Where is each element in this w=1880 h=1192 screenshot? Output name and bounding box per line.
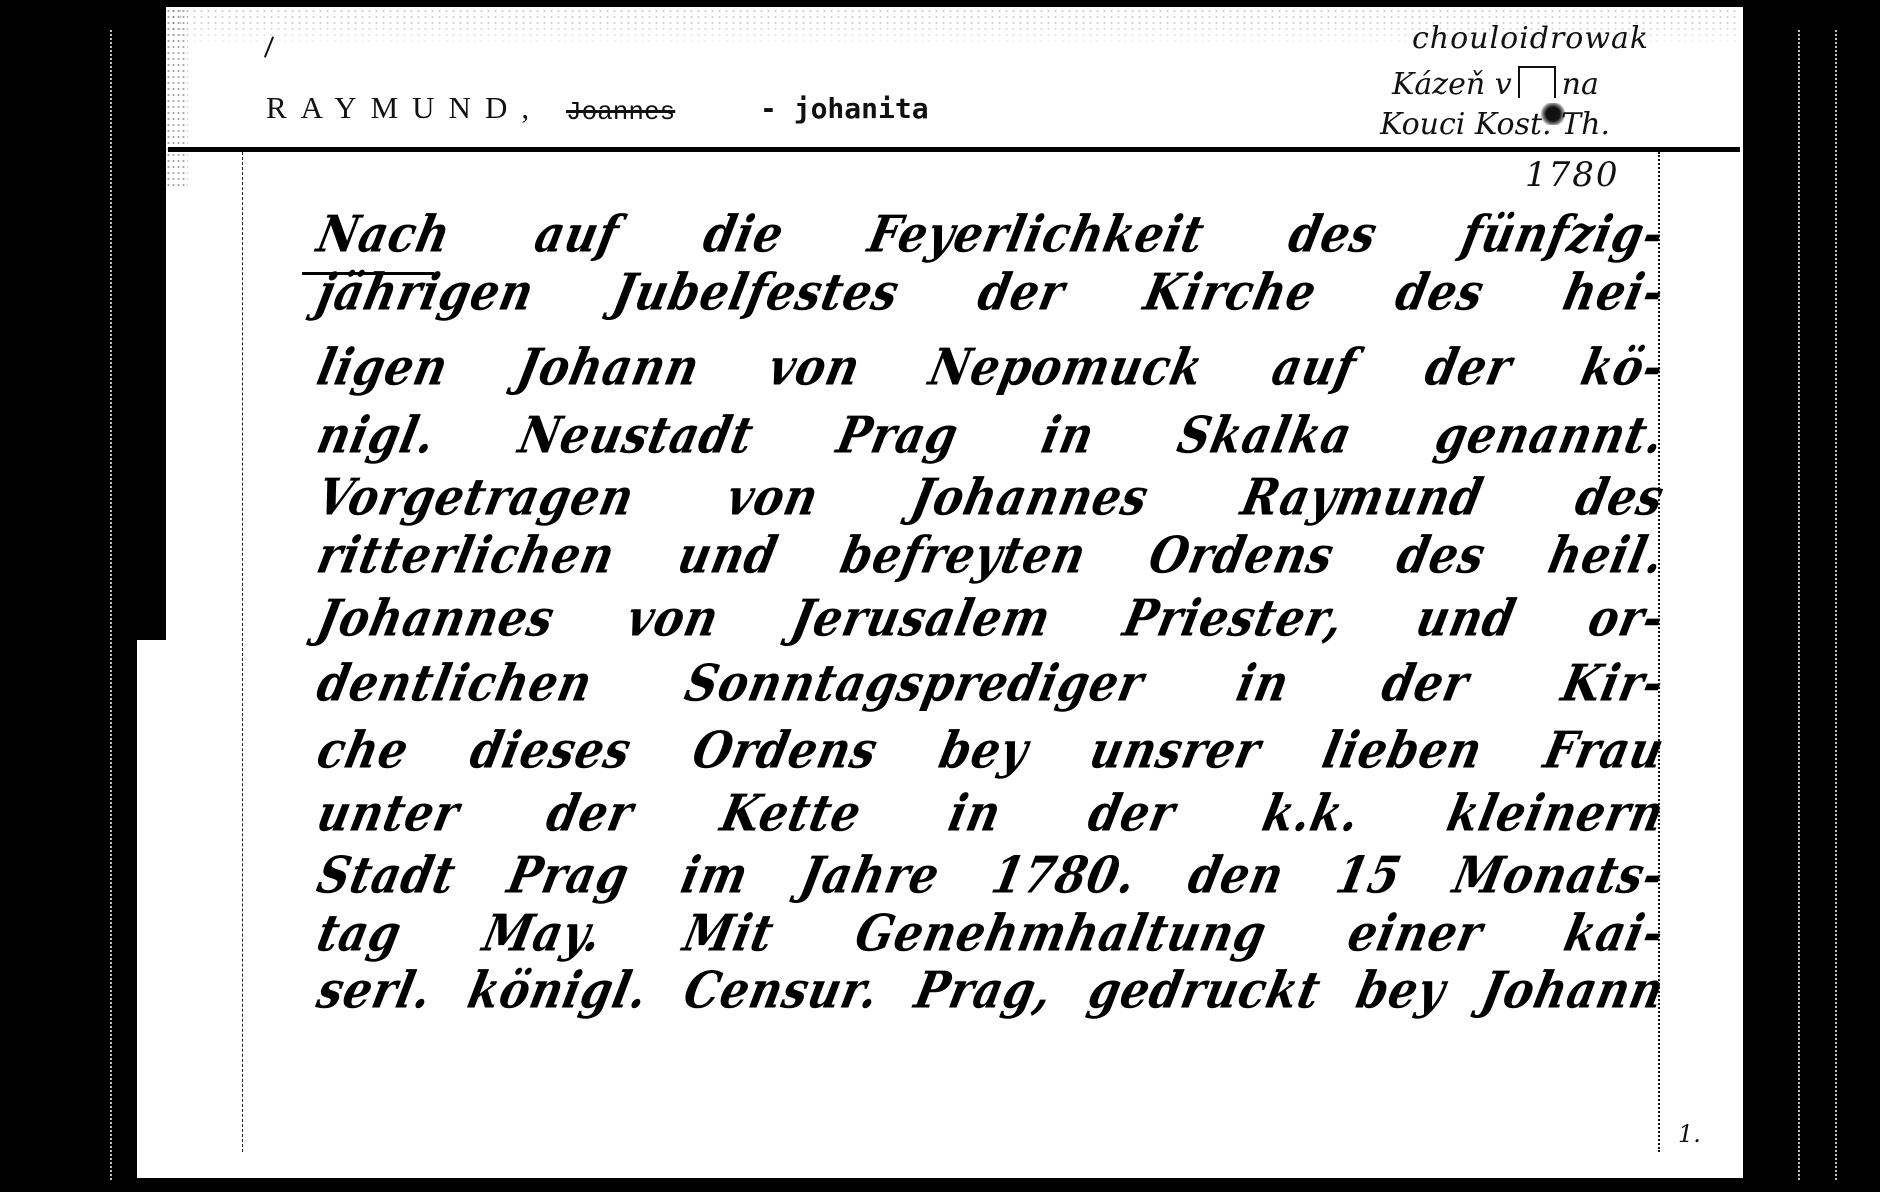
- handwritten-line: ligen Johann von Nepomuck auf der kö-: [312, 340, 1669, 398]
- handwritten-line: jährigen Jubelfestes der Kirche des hei-: [312, 265, 1669, 323]
- handwritten-line: Nach auf die Feyerlichkeit des fünfzig-: [312, 207, 1669, 265]
- handwritten-line: dentlichen Sonntagsprediger in der Kir-: [312, 656, 1669, 714]
- given-name-struck: Joannes: [566, 94, 675, 130]
- handwritten-line: che dieses Ordens bey unsrer lieben Frau: [312, 723, 1669, 781]
- left-margin-line: [242, 152, 243, 1152]
- separator: -: [760, 92, 777, 125]
- first-word-underline: [302, 272, 434, 275]
- bracket-gap: [1518, 66, 1556, 98]
- scan-artifact-line: [1798, 30, 1800, 1180]
- surname: RAYMUND,: [266, 90, 543, 126]
- order-name: johanita: [794, 92, 929, 125]
- handwritten-line: Vorgetragen von Johannes Raymund des: [312, 470, 1669, 528]
- index-card-edge: [137, 640, 177, 1178]
- annotation-line: Kouci Kost. Th.: [1380, 108, 1610, 142]
- scan-artifact-line: [110, 30, 112, 1180]
- handwritten-line: nigl. Neustadt Prag in Skalka genannt.: [312, 408, 1669, 466]
- handwritten-line: Johannes von Jerusalem Priester, und or-: [312, 591, 1669, 649]
- page-number: 1.: [1678, 1120, 1701, 1148]
- handwritten-line: tag May. Mit Genehmhaltung einer kai-: [312, 906, 1669, 964]
- header-rule: [168, 147, 1740, 152]
- annotation-line: chouloidrowak: [1412, 22, 1649, 56]
- handwritten-line: serl. königl. Censur. Prag, gedruckt bey…: [312, 963, 1669, 1021]
- order-label: - johanita: [760, 91, 929, 127]
- scan-noise: [166, 8, 188, 188]
- handwritten-line: unter der Kette in der k.k. kleinern: [312, 786, 1669, 844]
- handwritten-line: Stadt Prag im Jahre 1780. den 15 Monats-: [312, 848, 1669, 906]
- handwritten-line: ritterlichen und befreyten Ordens des he…: [312, 528, 1669, 586]
- ink-blot: [1540, 103, 1566, 125]
- scan-artifact-line: [1835, 30, 1837, 1180]
- annotation-year: 1780: [1525, 158, 1620, 192]
- annotation-line: Kázeň vna: [1392, 66, 1599, 102]
